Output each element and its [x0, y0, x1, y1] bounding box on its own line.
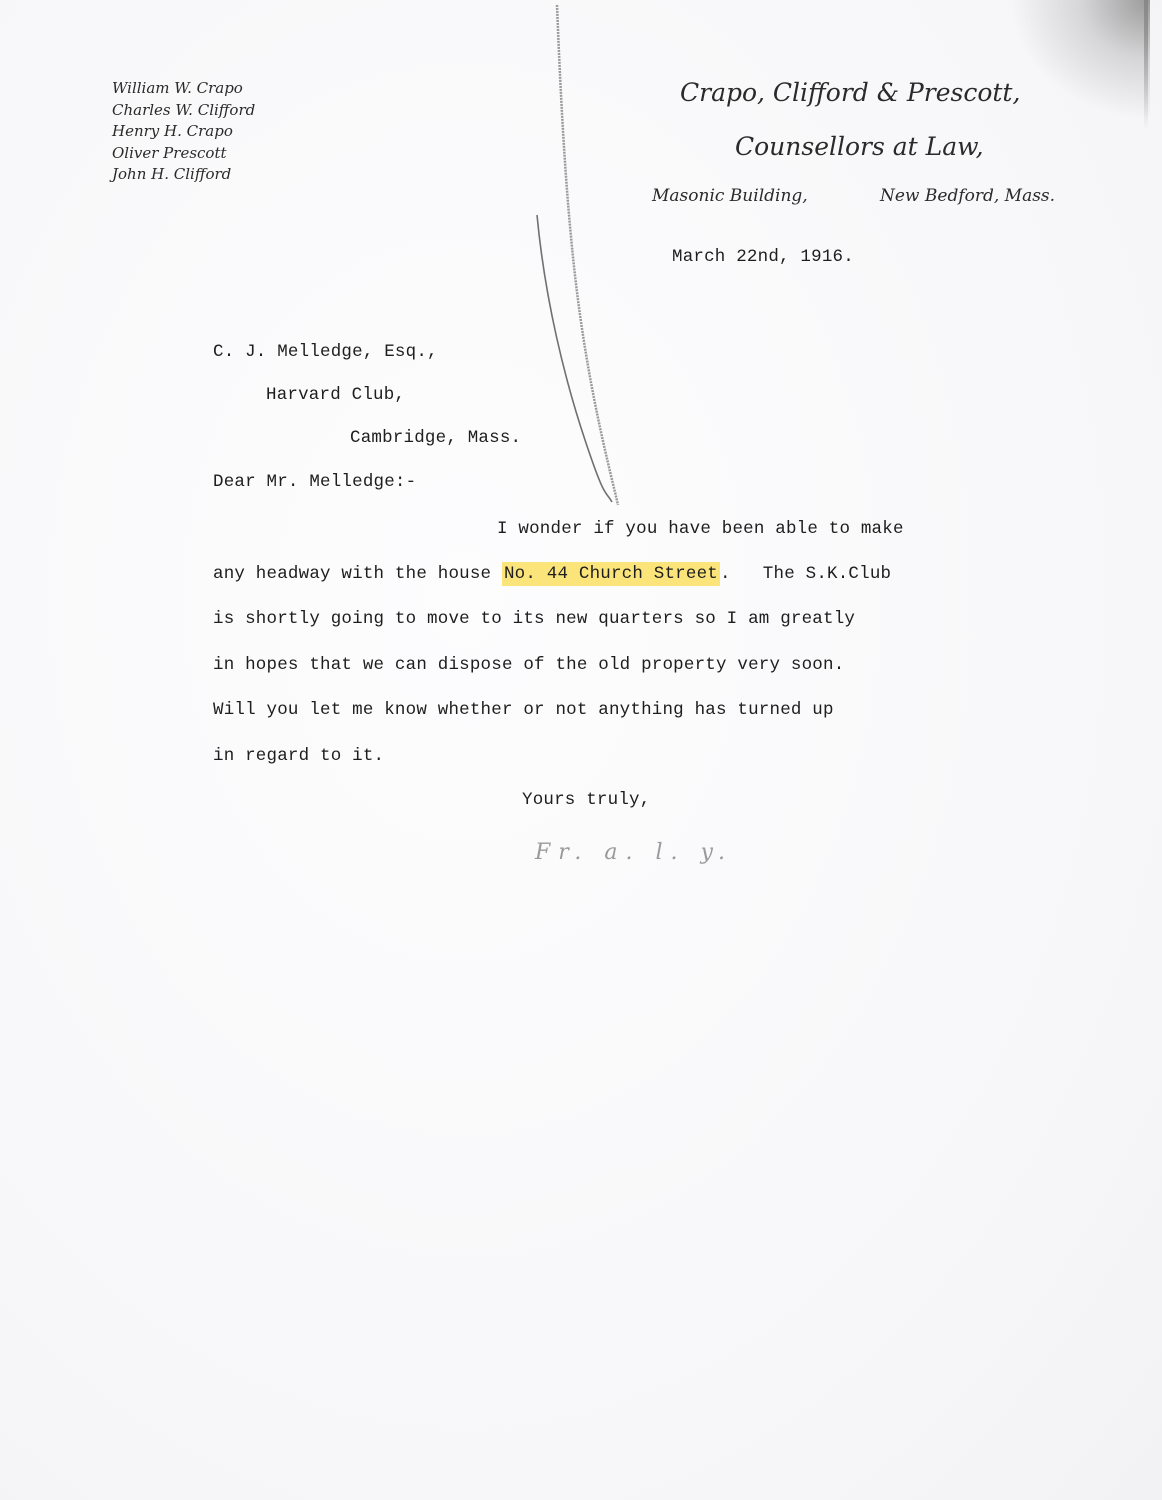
- closing: Yours truly,: [522, 790, 650, 810]
- recipient-name: C. J. Melledge, Esq.,: [213, 342, 438, 362]
- highlighted-address: No. 44 Church Street: [502, 562, 720, 586]
- body-line: Will you let me know whether or not anyt…: [213, 700, 834, 720]
- letter-date: March 22nd, 1916.: [672, 247, 854, 267]
- body-text: any headway with the house: [213, 564, 502, 584]
- body-line: I wonder if you have been able to make: [497, 519, 904, 539]
- recipient-organization: Harvard Club,: [266, 385, 405, 405]
- body-line: any headway with the house No. 44 Church…: [213, 564, 891, 584]
- recipient-city: Cambridge, Mass.: [350, 428, 521, 448]
- body-line: is shortly going to move to its new quar…: [213, 609, 855, 629]
- body-text: . The S.K.Club: [720, 564, 891, 584]
- letter-page: William W. Crapo Charles W. Clifford Hen…: [0, 0, 1162, 1500]
- signature: Fr. a. l. y.: [535, 840, 733, 865]
- body-line: in hopes that we can dispose of the old …: [213, 655, 844, 675]
- body-line: in regard to it.: [213, 746, 384, 766]
- pencil-mark-icon: [0, 0, 1162, 520]
- salutation: Dear Mr. Melledge:-: [213, 472, 416, 492]
